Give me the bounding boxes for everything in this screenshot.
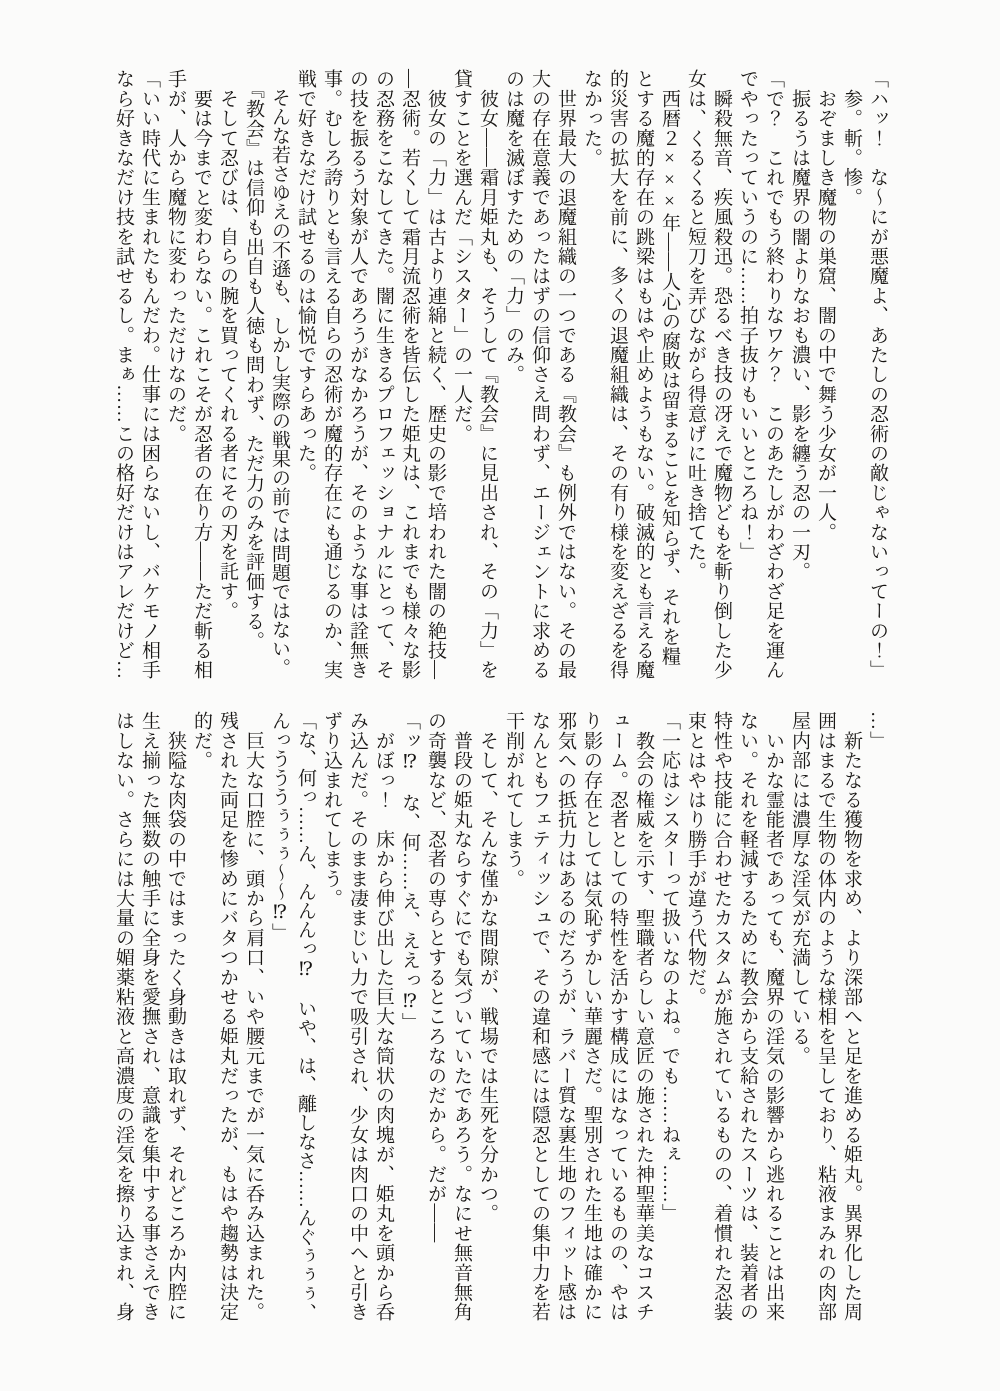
paragraph: 西暦２×××年――人心の腐敗は留まることを知らず、それを糧とする魔的存在の跳梁は… [578,69,682,683]
paragraph: 「ッ⁉ な、何……え、ええっ⁉」 [396,711,422,1325]
paragraph: 要は今までと変わらない。これこそが忍者の在り方――ただ斬る相手が、人から魔物に変… [162,69,214,683]
paragraph: 教会の権威を示す、聖職者らしい意匠の施された神聖華美なコスチューム。忍者としての… [500,711,656,1325]
paragraph: おぞましき魔物の巣窟、闇の中で舞う少女が一人。 [812,69,838,683]
paragraph: 新たなる獲物を求め、より深部へと足を進める姫丸。異界化した周囲はまるで生物の体内… [786,711,864,1325]
paragraph: 振るうは魔界の闇よりなおも濃い、影を纏う忍の一刃。 [786,69,812,683]
paragraph: 世界最大の退魔組織の一つである『教会』も例外ではない。その最大の存在意義であった… [500,69,578,683]
paragraph: そして忍びは、自らの腕を買ってくれる者にその刃を託す。 [214,69,240,683]
paragraph: 「一応はシスターって扱いなのよね。でも……ねぇ……」 [656,711,682,1325]
paragraph: そして、そんな僅かな間隙が、戦場では生死を分かつ。 [474,711,500,1325]
paragraph: そんな若さゆえの不遜も、しかし実際の戦果の前では問題ではない。 [266,69,292,683]
paragraph: 「ハッ！ な～にが悪魔よ、あたしの忍術の敵じゃないってーの！」 [864,69,890,683]
paragraph: …」 [864,711,890,1325]
paragraph: 『教会』は信仰も出自も人徳も問わず、ただ力のみを評価する。 [240,69,266,683]
paragraph: 「いい時代に生まれたもんだわ。仕事には困らないし、バケモノ相手なら好きなだけ技を… [110,69,162,683]
paragraph: 「で？ これでもう終わりなワケ？ このあたしがわざわざ足を運んでやったっていうの… [734,69,786,683]
paragraph: 参。斬。惨。 [838,69,864,683]
paragraph: 狭隘な肉袋の中ではまったく身動きは取れず、それどころか内腔に生え揃った無数の触手… [110,711,188,1325]
paragraph: いかな霊能者であっても、魔界の淫気の影響から逃れることは出来ない。それを軽減する… [682,711,786,1325]
text-block-bottom: …」 新たなる獲物を求め、より深部へと足を進める姫丸。異界化した周囲はまるで生物… [108,711,890,1325]
paragraph: 彼女の「力」は古より連綿と続く、歴史の影で培われた闇の絶技――忍術。若くして霜月… [292,69,448,683]
paragraph: 巨大な口腔に、頭から肩口、いや腰元までが一気に呑み込まれた。残された両足を惨めに… [188,711,266,1325]
paragraph: 普段の姫丸ならすぐにでも気づいていたであろう。なにせ無音無角の奇襲など、忍者の専… [422,711,474,1325]
text-block-top: 「ハッ！ な～にが悪魔よ、あたしの忍術の敵じゃないってーの！」 参。斬。惨。 お… [108,69,890,683]
paragraph: がぼっ！ 床から伸び出した巨大な筒状の肉塊が、姫丸を頭から呑み込んだ。そのまま凄… [318,711,396,1325]
novel-page: 「ハッ！ な～にが悪魔よ、あたしの忍術の敵じゃないってーの！」 参。斬。惨。 お… [0,0,1000,1391]
paragraph: 「な、何っ……ん、んんんっ⁉ いや、は、離しなさ……んぐぅぅぅ、んっうううぅぅぅ… [266,711,318,1325]
paragraph: 瞬殺無音、疾風殺迅。恐るべき技の冴えで魔物どもを斬り倒した少女は、くるくると短刀… [682,69,734,683]
paragraph: 彼女――霜月姫丸も、そうして『教会』に見出され、その「力」を貸すことを選んだ「シ… [448,69,500,683]
